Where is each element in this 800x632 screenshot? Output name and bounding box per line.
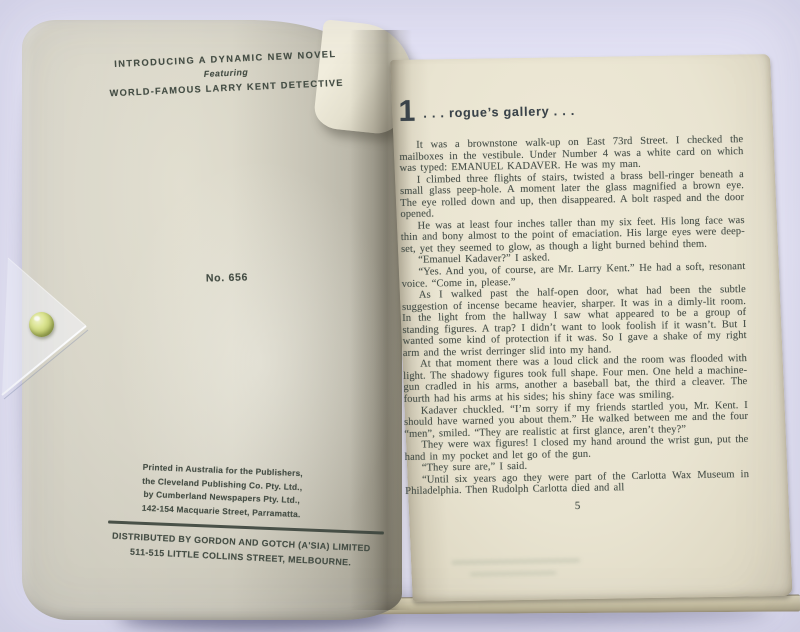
imprint-block: Printed in Australia for the Publishers,… bbox=[123, 460, 321, 522]
body-text: It was a brownstone walk-up on East 73rd… bbox=[399, 134, 749, 498]
chapter-number: 1 bbox=[398, 97, 415, 127]
chapter-heading: 1 . . . rogue’s gallery . . . bbox=[398, 91, 742, 127]
right-page-text: 1 . . . rogue’s gallery . . . It was a b… bbox=[398, 91, 749, 515]
body-paragraph: He was at least four inches taller than … bbox=[401, 215, 746, 256]
chapter-title: . . . rogue’s gallery . . . bbox=[423, 104, 575, 121]
body-paragraph: “Until six years ago they were part of t… bbox=[405, 469, 749, 498]
glass-pin bbox=[29, 312, 54, 337]
body-paragraph: I climbed three flights of stairs, twist… bbox=[400, 169, 745, 221]
photo-background: INTRODUCING A DYNAMIC NEW NOVEL Featurin… bbox=[0, 0, 800, 632]
page-showthrough bbox=[452, 559, 580, 576]
body-paragraph: At that moment there was a loud click an… bbox=[403, 353, 748, 405]
issue-number: No. 656 bbox=[192, 271, 262, 285]
glass-corner bbox=[0, 252, 104, 420]
body-paragraph: As I walked past the half-open door, wha… bbox=[402, 284, 747, 359]
